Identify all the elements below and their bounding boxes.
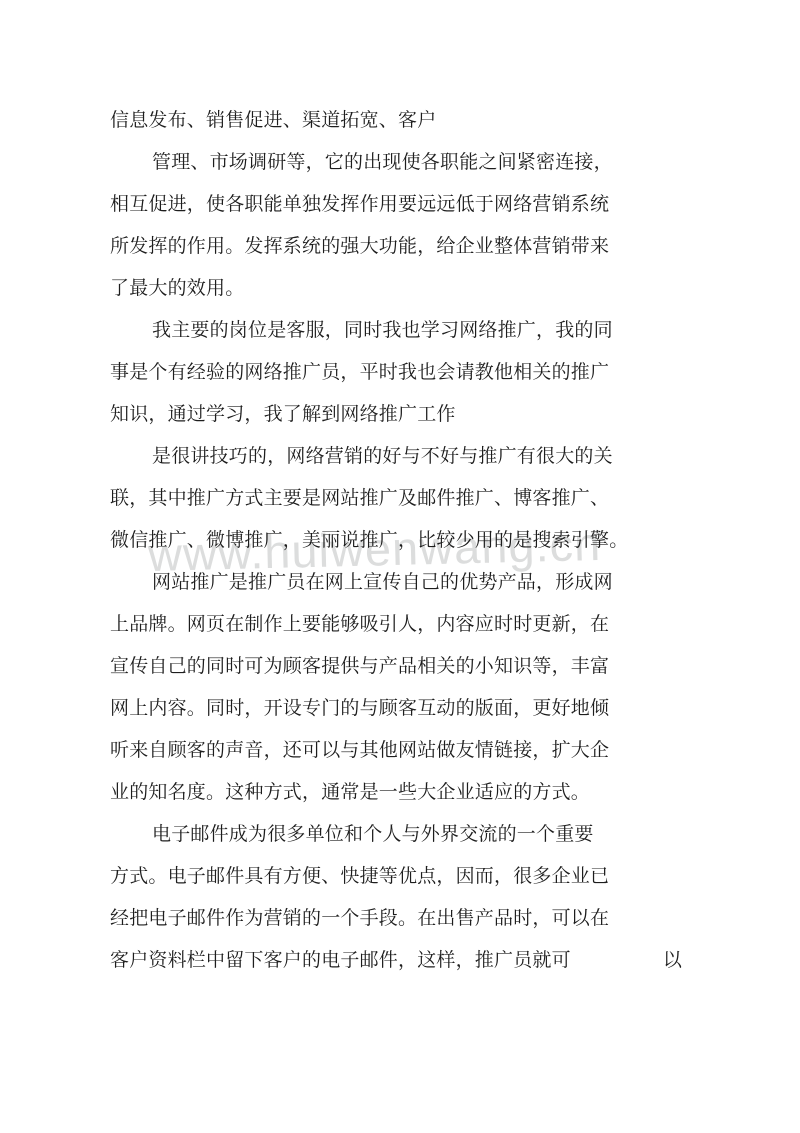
text-line-content: 我主要的岗位是客服，同时我也学习网络推广，我的同 <box>152 320 613 341</box>
text-line-content: 电子邮件成为很多单位和个人与外界交流的一个重要 <box>152 824 594 845</box>
text-line-content: 相互促进，使各职能单独发挥作用要远远低于网络营销系统 <box>110 194 609 215</box>
text-line: 听来自顾客的声音，还可以与其他网站做友情链接，扩大企 <box>110 730 690 772</box>
text-line-content: 宣传自己的同时可为顾客提供与产品相关的小知识等，丰富 <box>110 656 609 677</box>
text-line-content: 听来自顾客的声音，还可以与其他网站做友情链接，扩大企 <box>110 740 609 761</box>
text-line: 了最大的效用。 <box>110 268 690 310</box>
text-line: 信息发布、销售促进、渠道拓宽、客户 <box>110 100 690 142</box>
text-line-content: 了最大的效用。 <box>110 278 244 299</box>
text-line-content: 经把电子邮件作为营销的一个手段。在出售产品时，可以在 <box>110 908 609 929</box>
document-body: 信息发布、销售促进、渠道拓宽、客户管理、市场调研等，它的出现使各职能之间紧密连接… <box>110 100 690 982</box>
text-line-content: 微信推广、微博推广，美丽说推广，比较少用的是搜索引擎。 <box>110 530 628 551</box>
text-line: 是很讲技巧的，网络营销的好与不好与推广有很大的关 <box>110 436 690 478</box>
text-line-content: 业的知名度。这种方式，通常是一些大企业适应的方式。 <box>110 782 590 803</box>
text-line: 网上内容。同时，开设专门的与顾客互动的版面，更好地倾 <box>110 688 690 730</box>
text-line: 业的知名度。这种方式，通常是一些大企业适应的方式。 <box>110 772 690 814</box>
text-line-content: 管理、市场调研等，它的出现使各职能之间紧密连接， <box>152 152 613 173</box>
justified-tail-char: 以 <box>663 950 682 971</box>
text-line: 电子邮件成为很多单位和个人与外界交流的一个重要 <box>110 814 690 856</box>
document-page: www.huiwenwang.cn 信息发布、销售促进、渠道拓宽、客户管理、市场… <box>0 0 800 1133</box>
text-line: 方式。电子邮件具有方便、快捷等优点，因而，很多企业已 <box>110 856 690 898</box>
text-line: 事是个有经验的网络推广员，平时我也会请教他相关的推广 <box>110 352 690 394</box>
text-line: 所发挥的作用。发挥系统的强大功能，给企业整体营销带来 <box>110 226 690 268</box>
text-line-content: 是很讲技巧的，网络营销的好与不好与推广有很大的关 <box>152 446 613 467</box>
text-line: 经把电子邮件作为营销的一个手段。在出售产品时，可以在 <box>110 898 690 940</box>
text-line-content: 客户资料栏中留下客户的电子邮件，这样，推广员就可 <box>110 950 571 971</box>
text-line: 管理、市场调研等，它的出现使各职能之间紧密连接， <box>110 142 690 184</box>
text-line-content: 事是个有经验的网络推广员，平时我也会请教他相关的推广 <box>110 362 609 383</box>
text-line: 相互促进，使各职能单独发挥作用要远远低于网络营销系统 <box>110 184 690 226</box>
text-line-content: 联，其中推广方式主要是网站推广及邮件推广、博客推广、 <box>110 488 609 509</box>
text-line-content: 信息发布、销售促进、渠道拓宽、客户 <box>110 110 436 131</box>
text-line: 客户资料栏中留下客户的电子邮件，这样，推广员就可以 <box>110 940 690 982</box>
text-line: 知识，通过学习，我了解到网络推广工作 <box>110 394 690 436</box>
text-line: 网站推广是推广员在网上宣传自己的优势产品，形成网 <box>110 562 690 604</box>
text-line-content: 所发挥的作用。发挥系统的强大功能，给企业整体营销带来 <box>110 236 609 257</box>
text-line: 我主要的岗位是客服，同时我也学习网络推广，我的同 <box>110 310 690 352</box>
text-line: 宣传自己的同时可为顾客提供与产品相关的小知识等，丰富 <box>110 646 690 688</box>
text-line: 上品牌。网页在制作上要能够吸引人，内容应时时更新，在 <box>110 604 690 646</box>
text-line-content: 方式。电子邮件具有方便、快捷等优点，因而，很多企业已 <box>110 866 609 887</box>
text-line: 联，其中推广方式主要是网站推广及邮件推广、博客推广、 <box>110 478 690 520</box>
text-line-content: 网站推广是推广员在网上宣传自己的优势产品，形成网 <box>152 572 613 593</box>
text-line-content: 知识，通过学习，我了解到网络推广工作 <box>110 404 456 425</box>
text-line: 微信推广、微博推广，美丽说推广，比较少用的是搜索引擎。 <box>110 520 690 562</box>
text-line-content: 上品牌。网页在制作上要能够吸引人，内容应时时更新，在 <box>110 614 609 635</box>
text-line-content: 网上内容。同时，开设专门的与顾客互动的版面，更好地倾 <box>110 698 609 719</box>
